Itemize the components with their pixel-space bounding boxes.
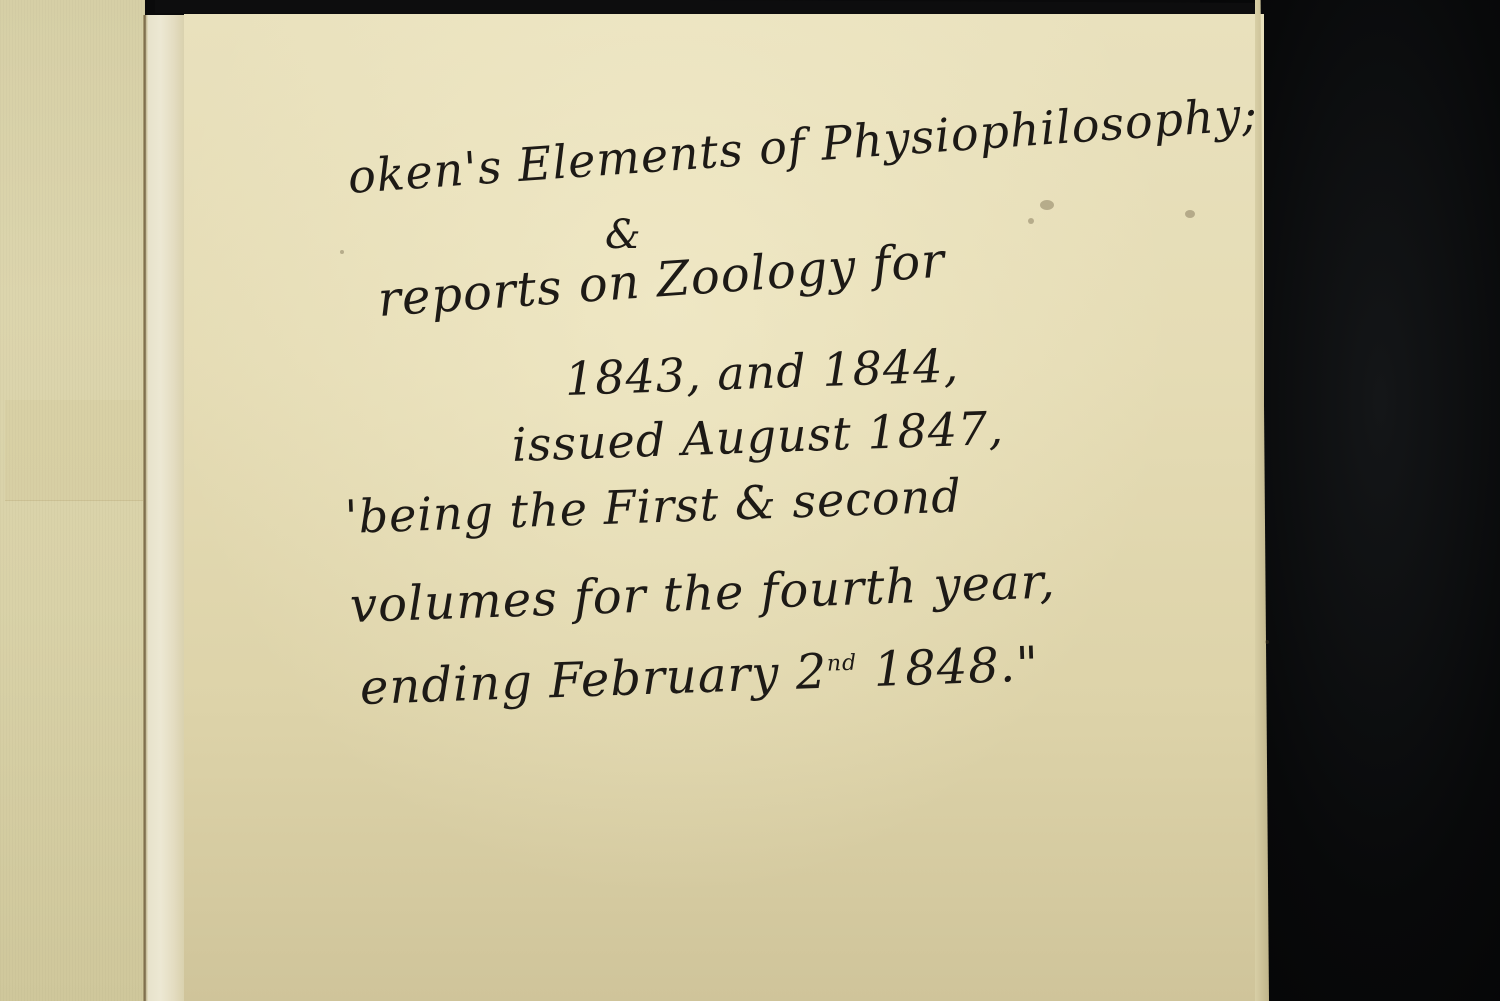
inscription-line-8: ending February 2nd 1848.": [359, 636, 1040, 716]
ordinal-suffix: nd: [826, 651, 857, 677]
inscription-line-3: reports on Zoology for: [376, 232, 947, 328]
book-photo: oken's Elements of Physiophilosophy; & r…: [0, 0, 1500, 1001]
inscription-line-6: 'being the First & second: [344, 468, 962, 543]
inscription-line-8-tail: 1848.": [856, 636, 1040, 698]
inscription-line-7: volumes for the fourth year,: [349, 553, 1056, 634]
handwritten-inscription: oken's Elements of Physiophilosophy; & r…: [0, 0, 1500, 1001]
inscription-line-1: oken's Elements of Physiophilosophy;: [346, 86, 1260, 203]
inscription-line-4: 1843, and 1844,: [564, 338, 960, 406]
inscription-line-5: issued August 1847,: [511, 401, 1005, 472]
inscription-line-2: &: [605, 212, 642, 258]
inscription-line-8-main: ending February 2: [359, 644, 828, 716]
